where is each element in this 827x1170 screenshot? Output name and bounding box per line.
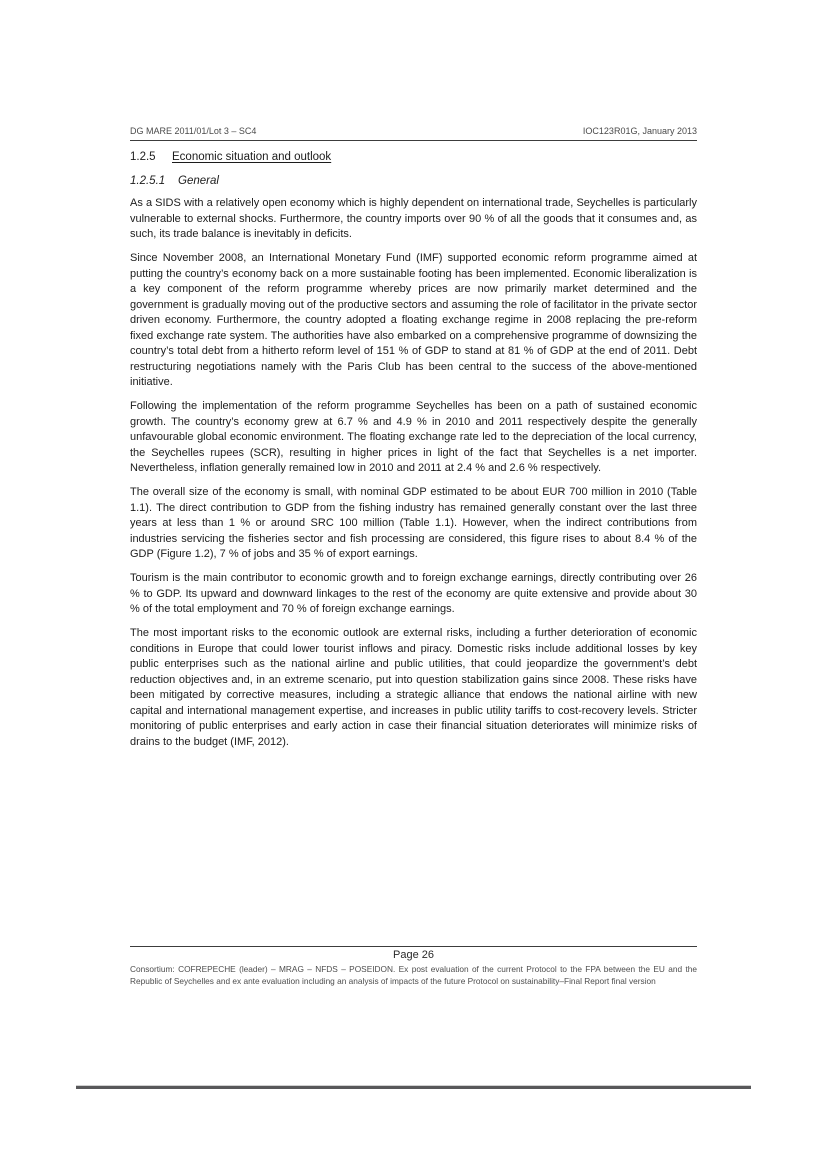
paragraph-5: Tourism is the main contributor to econo…	[130, 571, 697, 618]
subsection-heading: 1.2.5.1 General	[130, 175, 697, 187]
section-number: 1.2.5	[130, 151, 172, 163]
paragraph-3: Following the implementation of the refo…	[130, 399, 697, 477]
paragraph-2: Since November 2008, an International Mo…	[130, 251, 697, 391]
footer-consortium-note: Consortium: COFREPECHE (leader) – MRAG –…	[130, 964, 697, 987]
paragraph-4: The overall size of the economy is small…	[130, 485, 697, 563]
paragraph-6: The most important risks to the economic…	[130, 626, 697, 750]
document-body: As a SIDS with a relatively open economy…	[130, 196, 697, 759]
subsection-number: 1.2.5.1	[130, 175, 178, 187]
page-header: DG MARE 2011/01/Lot 3 – SC4 IOC123R01G, …	[130, 126, 697, 141]
section-title: Economic situation and outlook	[172, 151, 331, 163]
page-number: Page 26	[130, 949, 697, 961]
section-heading: 1.2.5 Economic situation and outlook	[130, 151, 697, 163]
document-page: DG MARE 2011/01/Lot 3 – SC4 IOC123R01G, …	[0, 0, 827, 1170]
header-right-reference: IOC123R01G, January 2013	[583, 126, 697, 136]
subsection-title: General	[178, 175, 219, 187]
header-left-reference: DG MARE 2011/01/Lot 3 – SC4	[130, 126, 256, 136]
paragraph-1: As a SIDS with a relatively open economy…	[130, 196, 697, 243]
window-bottom-edge	[76, 1085, 751, 1089]
page-footer: Page 26 Consortium: COFREPECHE (leader) …	[130, 946, 697, 987]
